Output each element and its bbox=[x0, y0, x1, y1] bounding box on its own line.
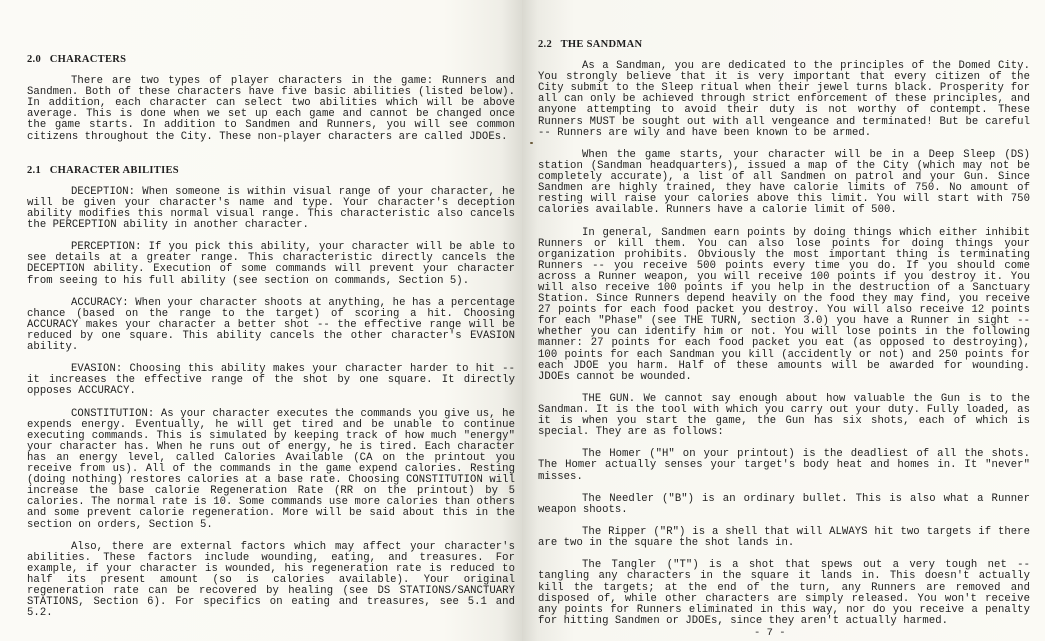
paragraph-accuracy: ACCURACY: When your character shoots at … bbox=[27, 298, 515, 353]
paragraph-tangler: The Tangler ("T") is a shot that spews o… bbox=[538, 560, 1030, 627]
left-page: 2.0 CHARACTERS There are two types of pl… bbox=[0, 0, 522, 641]
paragraph-evasion: EVASION: Choosing this ability makes you… bbox=[27, 364, 515, 397]
paragraph-deception: DECEPTION: When someone is within visual… bbox=[27, 187, 515, 231]
right-page: 2.2 THE SANDMAN As a Sandman, you are de… bbox=[522, 0, 1045, 641]
section-heading-character-abilities: 2.1 CHARACTER ABILITIES bbox=[27, 165, 515, 176]
book-spread: 2.0 CHARACTERS There are two types of pl… bbox=[0, 0, 1045, 641]
paragraph-homer: The Homer ("H" on your printout) is the … bbox=[538, 449, 1030, 482]
paragraph-points: In general, Sandmen earn points by doing… bbox=[538, 228, 1030, 383]
paragraph-external-factors: Also, there are external factors which m… bbox=[27, 542, 515, 620]
paragraph-sandman-intro: As a Sandman, you are dedicated to the p… bbox=[538, 61, 1030, 139]
paragraph-the-gun: THE GUN. We cannot say enough about how … bbox=[538, 394, 1030, 438]
paragraph-ripper: The Ripper ("R") is a shell that will AL… bbox=[538, 527, 1030, 549]
paragraph-game-start: When the game starts, your character wil… bbox=[538, 150, 1030, 217]
section-heading-characters: 2.0 CHARACTERS bbox=[27, 54, 515, 65]
section-heading-the-sandman: 2.2 THE SANDMAN bbox=[538, 39, 1030, 50]
right-page-content: 2.2 THE SANDMAN As a Sandman, you are de… bbox=[538, 39, 1030, 638]
page-number: - 7 - bbox=[754, 627, 786, 639]
paragraph-characters-intro: There are two types of player characters… bbox=[27, 76, 515, 143]
paragraph-perception: PERCEPTION: If you pick this ability, yo… bbox=[27, 242, 515, 286]
left-page-content: 2.0 CHARACTERS There are two types of pl… bbox=[27, 54, 515, 631]
paragraph-needler: The Needler ("B") is an ordinary bullet.… bbox=[538, 494, 1030, 516]
scan-speck bbox=[530, 142, 533, 144]
paragraph-constitution: CONSTITUTION: As your character executes… bbox=[27, 409, 515, 531]
